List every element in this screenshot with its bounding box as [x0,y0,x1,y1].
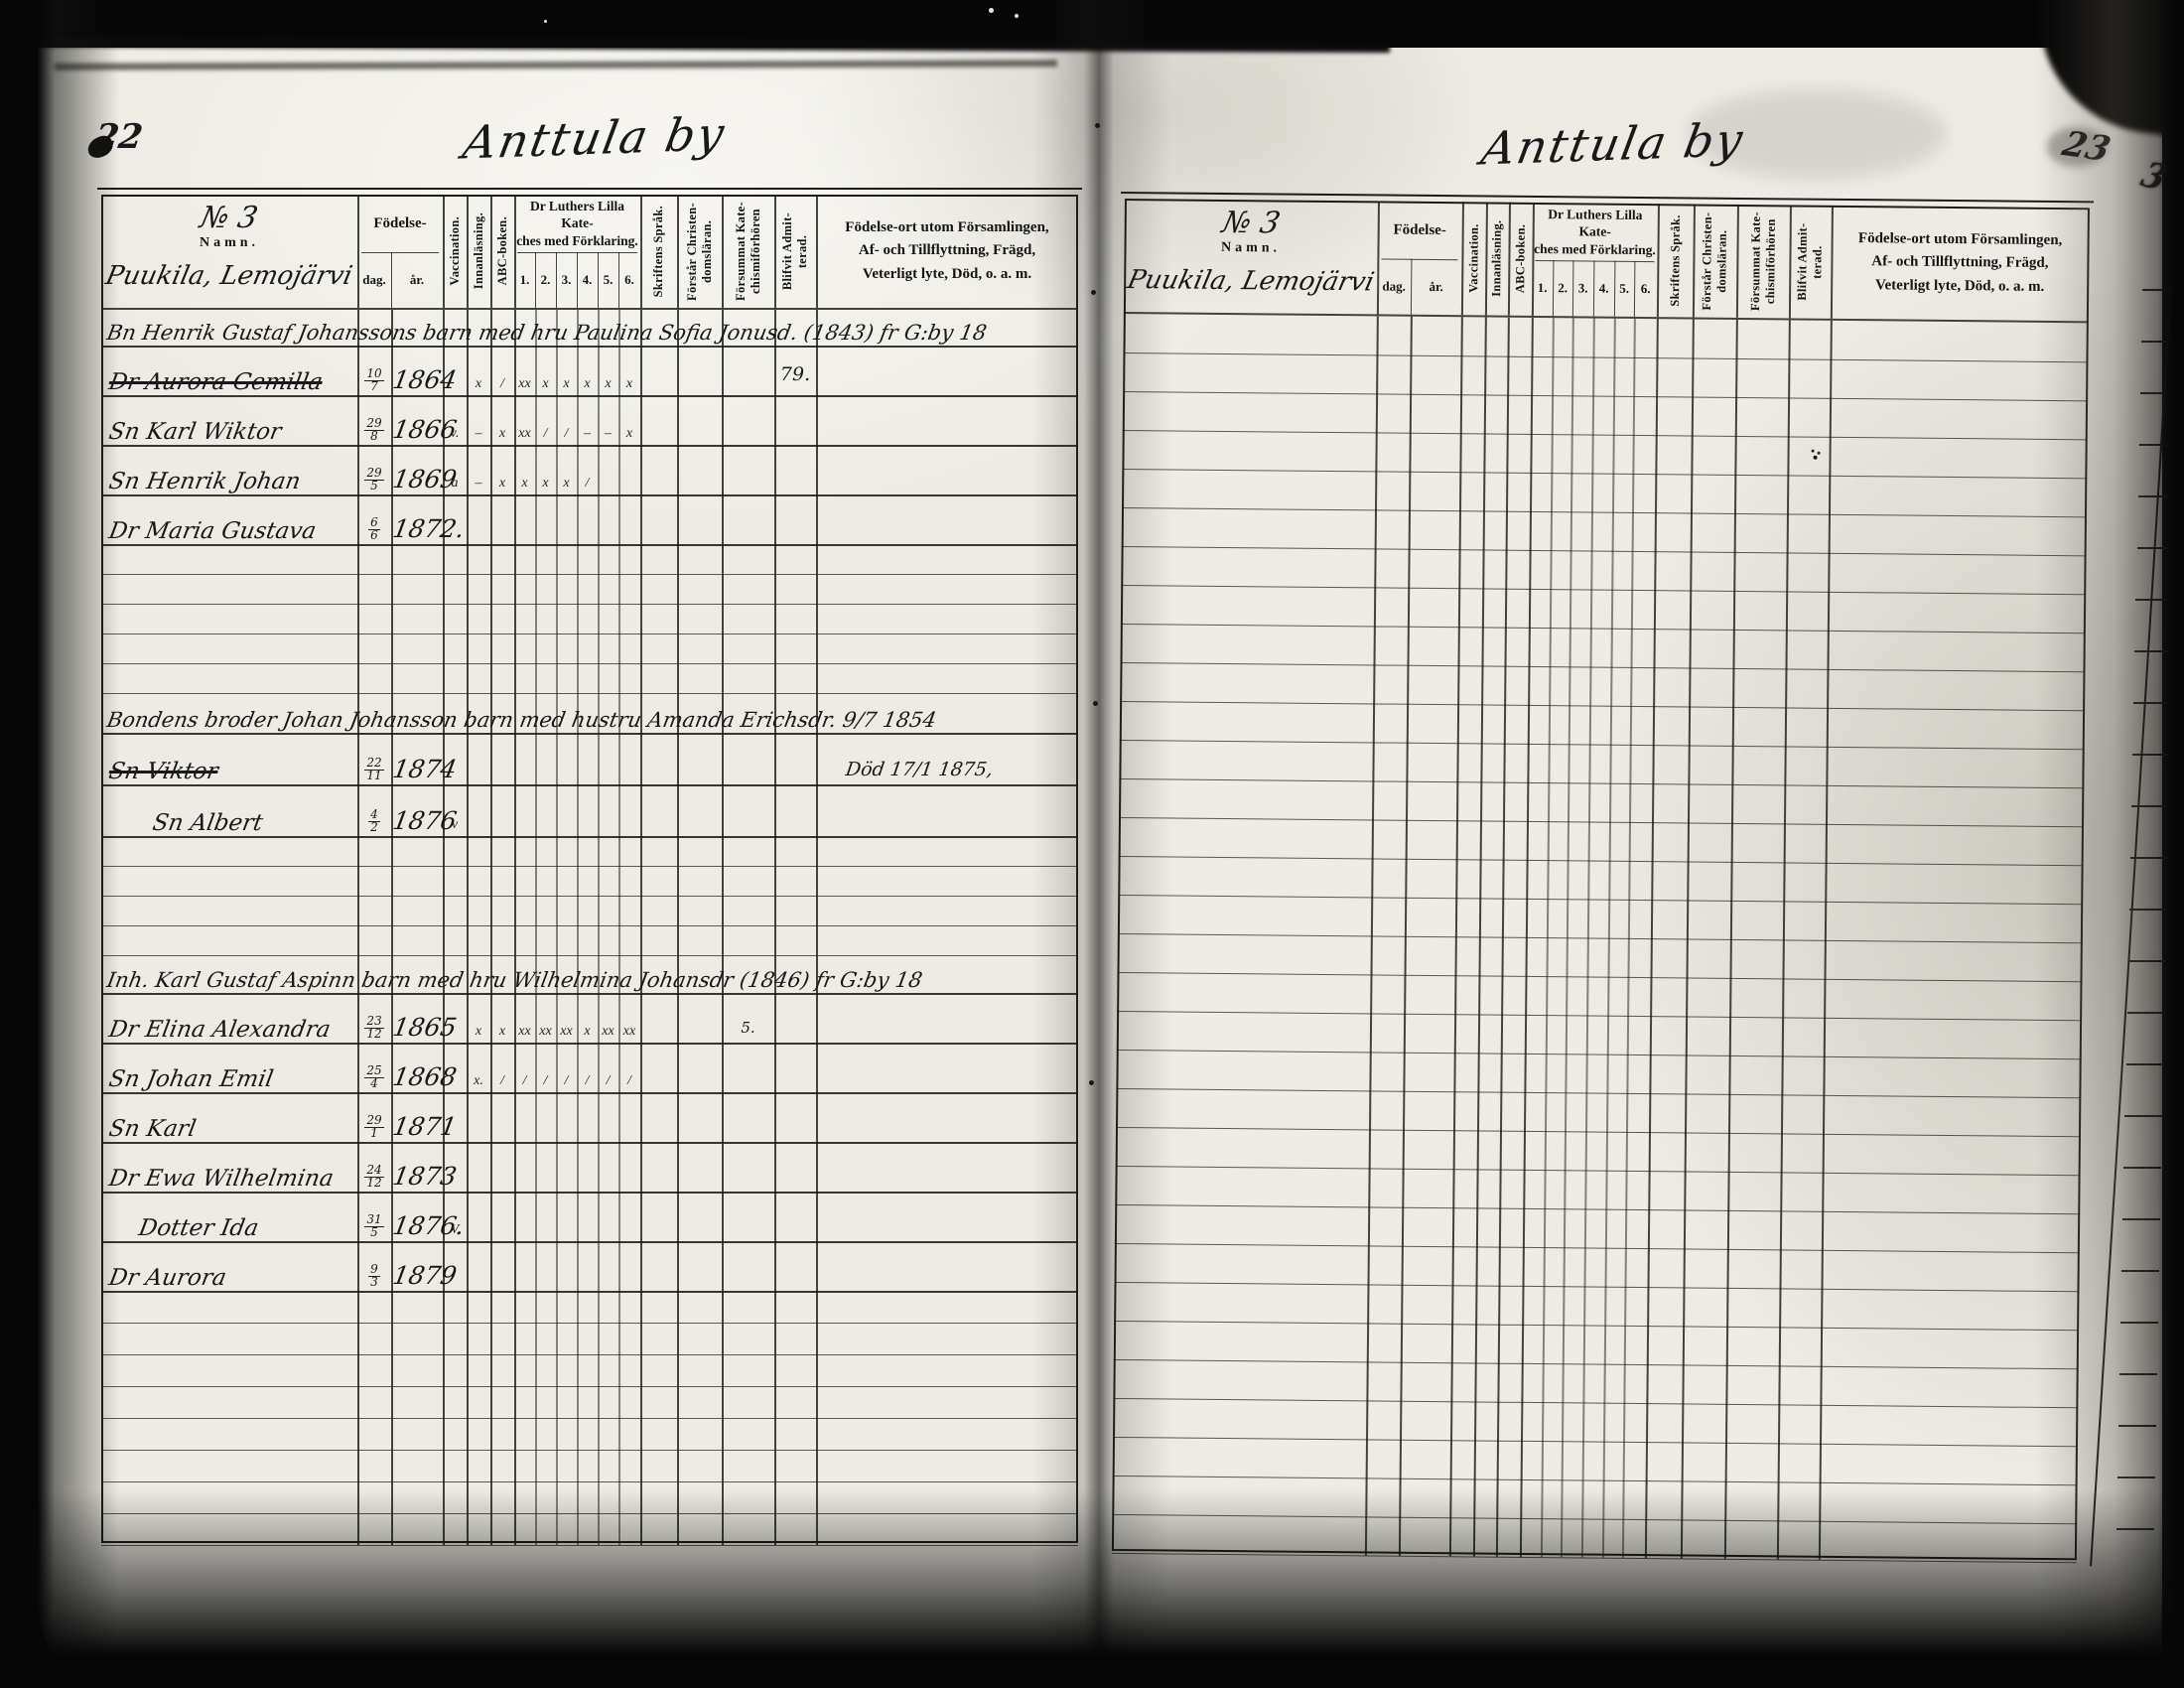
person-name: Sn Henrik Johan [107,469,303,494]
vaccination-label: Vaccination. [1466,224,1482,294]
person-name: Dr Maria Gustava [107,518,319,544]
innanlasning-label: Innanläsning. [472,212,486,289]
birth-day-fraction: 254 [357,1065,391,1089]
birth-day-fraction: 295 [357,468,391,492]
innanlasning-label: Innanläsning. [1489,220,1505,297]
row-line [101,1418,1078,1419]
left-page-table: № 3Namn.Puukila, LemojärviFödelse-dag.år… [101,195,1078,1543]
next-page-row-tick [2116,1528,2154,1530]
birth-year: 1879 [390,1261,459,1290]
forstar-label-cell: Förstår Christen- domsläran. [1693,205,1737,318]
person-name: Dr Aurora Gemilla [107,369,325,395]
catechism-mark: x [577,376,598,392]
catechism-mark: / [514,1073,535,1089]
skriftens-label-cell: Skriftens Språk. [1657,204,1694,317]
blifvit-label: Blifvit Admit- terad. [1795,222,1826,300]
ink-dot [1091,290,1096,295]
fraction-denominator: 3 [357,1277,391,1288]
skriftens-label: Skriftens Språk. [1667,214,1683,306]
next-page-row-tick [2137,547,2175,549]
abc-label-cell: ABC-boken. [1508,203,1533,316]
skriftens-label-cell: Skriftens Språk. [640,195,677,308]
row-line [101,925,1078,926]
kateches-grade-label: 3. [556,252,577,308]
fraction-denominator: 5 [357,1227,391,1238]
record-row: Sn Henrik Johan2951869a–xxxx/ [101,445,1078,494]
death-note: Död 17/1 1875, [844,759,994,780]
ink-smudge [1812,450,1822,458]
catechism-mark: x [577,1024,598,1040]
next-page-row-tick [2127,1012,2165,1014]
catechism-mark: V [443,1222,467,1238]
birth-year: 1874 [390,755,459,783]
blifvit-label: Blifvit Admit- terad. [780,212,810,290]
fraction-denominator: 1 [357,1128,391,1139]
record-row: Sn Karl2911871 [101,1092,1078,1142]
row-line [101,866,1078,867]
row-line [101,1354,1078,1355]
next-page-row-tick [2132,754,2170,756]
next-page-row-tick [2124,1115,2162,1117]
birth-year: 1873 [390,1162,459,1191]
next-page-row-tick [2133,702,2171,704]
namn-label: Namn. [200,235,259,251]
fraction-denominator: 5 [357,481,391,492]
catechism-mark: x [598,376,618,392]
dag-label: dag. [357,252,391,308]
speck [1015,14,1019,18]
next-page-row-tick [2142,289,2180,291]
kateches-grade-label: 5. [1614,261,1635,317]
forsummat-label: Försummat Kate- chismiförhören [1747,211,1778,311]
birth-year: 1865 [390,1013,459,1042]
next-page-row-tick [2126,1063,2164,1065]
blifvit-label-cell: Blifvit Admit- terad. [1789,205,1832,318]
catechism-mark: x [618,376,640,392]
abc-label: ABC-boken. [1513,224,1529,293]
birth-year: 1864 [390,365,459,394]
catechism-mark: x [618,426,640,442]
catechism-mark: – [598,426,618,442]
person-name: Sn Viktor [107,759,220,784]
row-line [101,1291,1078,1293]
row-line [101,663,1078,664]
kateches-label: Dr Luthers Lilla Kate- ches med Förklari… [1532,203,1658,261]
table-border [1112,199,2090,1560]
fraction-denominator: 12 [357,1029,391,1040]
catechism-mark: xx [514,1024,535,1040]
forsummat-entry: 5. [722,1019,774,1037]
record-row: Dr Ewa Wilhelmina24121873 [101,1142,1078,1192]
namn-header-cell: № 3Namn.Puukila, Lemojärvi [101,195,357,314]
catechism-mark: x [490,476,514,492]
record-row: Sn Karl Wiktor2981866v.–xxx//––x [101,395,1078,445]
record-number: № 3 [198,201,261,235]
catechism-mark: a [443,476,467,492]
person-name: Dr Elina Alexandra [107,1017,333,1043]
birth-day-fraction: 42 [357,809,391,833]
kateches-grade-label: 2. [1553,260,1573,316]
record-row: Sn Viktor22111874Död 17/1 1875, [101,733,1078,784]
catechism-mark: x [535,476,556,492]
catechism-mark: / [577,476,598,492]
catechism-mark: xx [618,1024,640,1040]
skriftens-label: Skriftens Språk. [651,206,666,297]
row-line [101,1386,1078,1387]
namn-label: Namn. [1221,240,1281,257]
kateches-grade-label: 1. [514,252,535,308]
admitted-entry: 79. [774,363,816,385]
blifvit-label-cell: Blifvit Admit- terad. [774,195,816,308]
innanlasning-label-cell: Innanläsning. [467,195,490,308]
kateches-grade-label: 4. [577,252,598,308]
next-page-row-tick [2141,341,2179,343]
fraction-denominator: 11 [357,771,391,781]
catechism-mark: – [467,426,490,442]
catechism-mark: v [443,817,467,833]
catechism-mark: x [490,1024,514,1040]
kateches-grade-label: 4. [1593,261,1615,317]
birth-day-fraction: 315 [357,1214,391,1238]
next-page-row-tick [2129,909,2167,911]
next-page-row-tick [2123,1167,2161,1169]
birth-year: 1868 [390,1062,459,1091]
innanlasning-label-cell: Innanläsning. [1485,202,1509,315]
record-row: Dotter Ida3151876.V [101,1192,1078,1241]
next-page-row-tick [2122,1218,2160,1220]
family-header-line: Bn Henrik Gustaf Johanssons barn med hru… [105,321,989,345]
fodelseort-label: Födelse-ort utom Församlingen, Af- och T… [1831,206,2090,321]
catechism-mark: x [467,376,490,392]
person-name: Sn Karl [107,1116,199,1142]
forstar-label: Förstår Christen- domsläran. [1700,211,1730,310]
next-page-row-tick [2117,1477,2155,1478]
birth-day-fraction: 298 [357,418,391,442]
book-scan: 22 Anttula by Anttula by 23 3 № 3Namn.Pu… [0,0,2184,1688]
catechism-mark: xx [514,376,535,392]
fodelse-label: Födelse- [1377,201,1462,259]
kateches-grade-label: 1. [1532,260,1554,316]
catechism-mark: xx [598,1024,618,1040]
catechism-mark: / [556,1073,577,1089]
speck [544,20,547,23]
fraction-denominator: 6 [357,530,391,541]
right-page-table: № 3Namn.Puukila, LemojärviFödelse-dag.år… [1112,199,2090,1560]
catechism-mark: / [577,1073,598,1089]
next-page-row-tick [2119,1373,2157,1375]
fodelseort-label: Födelse-ort utom Församlingen, Af- och T… [816,195,1078,308]
next-page-row-tick [2139,444,2177,446]
next-page-edge [2085,194,2184,1564]
birth-day-fraction: 107 [357,368,391,392]
birth-day-fraction: 291 [357,1115,391,1139]
record-row: Dr Elina Alexandra23121865xxxxxxxxxxxxx5… [101,993,1078,1043]
catechism-mark: / [535,1073,556,1089]
birth-year: 1871 [390,1112,459,1141]
catechism-mark: v. [443,426,467,442]
speck [989,8,994,13]
person-name: Sn Karl Wiktor [107,419,284,445]
row-line [101,896,1078,897]
record-row: Dr Aurora931879 [101,1241,1078,1291]
row-line [101,633,1078,634]
catechism-mark: / [490,376,514,392]
catechism-mark: xx [535,1024,556,1040]
catechism-mark: – [467,476,490,492]
ink-smudge-dot [1818,452,1821,455]
fodelse-label: Födelse- [357,195,443,252]
abc-label-cell: ABC-boken. [490,195,514,308]
abc-label: ABC-boken. [495,216,510,285]
locality-handwritten: Puukila, Lemojärvi [1125,265,1377,297]
next-page-row-tick [2130,857,2168,859]
forsummat-label: Försummat Kate- chismiförhören [734,202,763,301]
fraction-denominator: 8 [357,431,391,442]
row-line [101,574,1078,575]
next-page-row-tick [2131,805,2169,807]
birth-day-fraction: 2412 [357,1165,391,1189]
catechism-mark: – [577,426,598,442]
ar-label: år. [1411,259,1462,315]
next-page-row-tick [2121,1270,2159,1272]
vaccination-label-cell: Vaccination. [1461,202,1486,315]
catechism-mark: x [556,376,577,392]
catechism-mark: x [467,1024,490,1040]
vaccination-label-cell: Vaccination. [443,195,467,308]
dag-label: dag. [1377,258,1412,314]
record-row: Sn Albert421876v [101,784,1078,836]
kateches-grade-label: 2. [535,252,556,308]
record-row: Bondens broder Johan Johansson barn med … [101,693,1078,733]
ink-dot [1095,123,1100,128]
forstar-label-cell: Förstår Christen- domsläran. [677,195,722,308]
person-name: Dotter Ida [137,1215,261,1241]
catechism-mark: xx [556,1024,577,1040]
row-line [101,1545,1078,1546]
next-page-border [2090,194,2178,1566]
catechism-mark: / [490,1073,514,1089]
catechism-mark: x. [467,1073,490,1089]
next-page-row-tick [2138,495,2176,497]
ink-dot [1089,1080,1094,1085]
record-number: № 3 [1219,206,1284,240]
record-row: Bn Henrik Gustaf Johanssons barn med hru… [101,310,1078,346]
birth-day-fraction: 2312 [357,1016,391,1040]
row-line [101,1513,1078,1514]
row-line [101,1323,1078,1324]
birth-year: 1872. [390,514,467,543]
locality-handwritten: Puukila, Lemojärvi [103,261,355,291]
birth-day-fraction: 2211 [357,758,391,781]
row-line [101,544,1078,546]
person-name: Sn Albert [151,810,265,836]
ar-label: år. [391,252,443,308]
forsummat-label-cell: Försummat Kate- chismiförhören [1736,205,1790,319]
catechism-mark: x [490,426,514,442]
catechism-mark: xx [514,426,535,442]
row-line [101,1481,1078,1482]
table-top-double-line [97,188,1082,190]
next-page-row-tick [2140,392,2178,394]
catechism-mark: x [535,376,556,392]
next-page-row-tick [2120,1322,2158,1324]
person-name: Dr Aurora [107,1265,228,1291]
catechism-mark: / [556,426,577,442]
family-header-line: Bondens broder Johan Johansson barn med … [105,708,938,732]
fraction-denominator: 4 [357,1078,391,1089]
fraction-denominator: 2 [357,822,391,833]
record-row: Inh. Karl Gustaf Aspinn barn med hru Wil… [101,955,1078,993]
catechism-mark: x [556,476,577,492]
birth-day-fraction: 93 [357,1264,391,1288]
next-page-row-tick [2118,1425,2156,1427]
forsummat-label-cell: Försummat Kate- chismiförhören [722,195,774,308]
catechism-mark: / [618,1073,640,1089]
right-page-title: Anttula by [1477,112,1748,175]
record-row: Dr Aurora Gemilla1071864x/xxxxxxx79. [101,346,1078,395]
namn-header-cell: № 3Namn.Puukila, Lemojärvi [1124,199,1378,320]
catechism-mark: x [514,476,535,492]
kateches-grade-label: 3. [1572,260,1594,316]
record-row: Sn Johan Emil2541868x./////// [101,1043,1078,1092]
person-name: Sn Johan Emil [107,1066,276,1092]
kateches-grade-label: 6. [1634,261,1658,317]
kateches-label: Dr Luthers Lilla Kate- ches med Förklari… [514,195,640,252]
next-page-row-tick [2134,650,2172,652]
ink-smudge-dot [1812,450,1815,453]
family-header-line: Inh. Karl Gustaf Aspinn barn med hru Wil… [105,968,924,992]
row-line [101,1450,1078,1451]
kateches-grade-label: 5. [598,252,618,308]
row-line [101,836,1078,838]
forstar-label: Förstår Christen- domsläran. [685,203,715,301]
row-line [101,604,1078,605]
record-row: Dr Maria Gustava661872. [101,494,1078,544]
fraction-denominator: 7 [357,381,391,392]
person-name: Dr Ewa Wilhelmina [107,1166,336,1192]
left-page-title: Anttula by [459,106,730,169]
ink-smudge-dot [1814,456,1818,460]
catechism-mark: / [598,1073,618,1089]
vaccination-label: Vaccination. [448,216,463,285]
catechism-mark: / [535,426,556,442]
kateches-grade-label: 6. [618,252,640,308]
next-page-row-tick [2135,599,2173,601]
next-page-row-tick [2128,960,2166,962]
ink-dot [1093,701,1098,706]
birth-day-fraction: 66 [357,517,391,541]
fraction-denominator: 12 [357,1178,391,1189]
